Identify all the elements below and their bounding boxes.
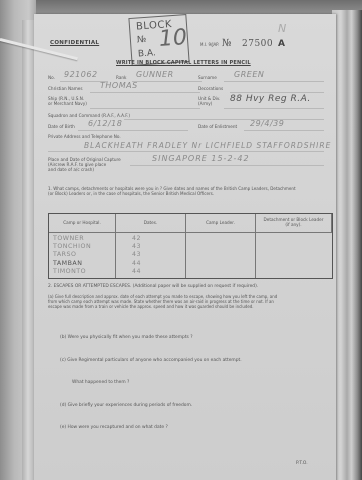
unit-value: 88 Hvy Reg R.A. bbox=[230, 94, 311, 104]
capture-value: SINGAPORE 15-2-42 bbox=[152, 154, 250, 163]
table-cell-date: 43 bbox=[132, 251, 181, 259]
private-address-label: Private Address and Telephone No. bbox=[48, 134, 121, 139]
table-header-camp-leader: Camp Leader. bbox=[186, 214, 256, 233]
camp-column: TOWNER TONCHION TARSO TAMBAN TIMONTO bbox=[49, 233, 116, 278]
serial-suffix: A bbox=[278, 39, 285, 49]
table-cell-camp: TONCHION bbox=[53, 243, 111, 251]
stamp-ba-text: B.A. bbox=[138, 48, 157, 59]
section2-c: (c) Give Regimental particulars of anyon… bbox=[60, 358, 242, 363]
section2-a-line3: escape was made from a train or vehicle … bbox=[48, 304, 254, 309]
serial-number: 27500 bbox=[242, 39, 273, 49]
block-stamp: BLOCK № B.A. 10 bbox=[128, 14, 189, 66]
stamp-block-number: 10 bbox=[158, 25, 188, 52]
table-cell-camp: TOWNER bbox=[53, 235, 111, 243]
date-of-birth-value: 6/12/18 bbox=[88, 119, 122, 128]
table-cell-date: 44 bbox=[132, 268, 181, 276]
stamp-no-text: № bbox=[137, 35, 147, 46]
number-value: 921062 bbox=[64, 70, 98, 79]
section2-title: 2. ESCAPES OR ATTEMPTED ESCAPES. (Additi… bbox=[48, 284, 258, 289]
section2-d: (d) Give briefly your experiences during… bbox=[60, 403, 192, 408]
surname-label: Surname bbox=[198, 75, 217, 80]
date-of-enlistment-value: 29/4/39 bbox=[250, 119, 284, 128]
private-address-value: BLACKHEATH FRADLEY Nr LICHFIELD STAFFORD… bbox=[84, 141, 331, 150]
number-label: No. bbox=[48, 75, 55, 80]
ship-label-line2: or Merchant Navy) bbox=[48, 101, 87, 106]
rank-label: Rank bbox=[116, 75, 126, 80]
classification-label: CONFIDENTIAL bbox=[50, 40, 99, 46]
block-leader-column bbox=[256, 233, 332, 278]
dates-column: 42 43 43 44 44 bbox=[116, 233, 186, 278]
section2-b: (b) Were you physically fit when you mad… bbox=[60, 335, 193, 340]
unit-label-line2: (Army) bbox=[198, 101, 212, 106]
mi-reference-label: M.I. 9/JAP. bbox=[200, 42, 219, 47]
christian-names-value: THOMAS bbox=[100, 81, 138, 90]
section2-c-sub: What happened to them ? bbox=[72, 380, 129, 385]
table-cell-camp: TIMONTO bbox=[53, 268, 111, 276]
table-cell-camp: TAMBAN bbox=[53, 260, 111, 268]
date-of-enlistment-label: Date of Enlistment bbox=[198, 124, 237, 129]
table-header-dates: Dates. bbox=[116, 214, 186, 233]
table-header-block-leader: Detachment or Block Leader (if any). bbox=[256, 214, 332, 233]
corner-pencil-mark: N bbox=[278, 22, 286, 35]
section1-question-line2: (or Block) Leaders or, in the case of ho… bbox=[48, 191, 214, 196]
table-cell-camp: TARSO bbox=[53, 251, 111, 259]
stacked-page-edges bbox=[332, 10, 362, 480]
please-turn-over: P.T.O. bbox=[296, 461, 308, 466]
decorations-label: Decorations bbox=[198, 86, 223, 91]
camps-table: Camp or Hospital. Dates. Camp Leader. De… bbox=[48, 213, 333, 279]
capture-label-line3: and date of a/c crash) bbox=[48, 167, 94, 172]
rank-value: GUNNER bbox=[136, 70, 174, 79]
number-symbol: № bbox=[222, 38, 231, 49]
squadron-label: Squadron and Command (R.A.F., A.A.F.) bbox=[48, 113, 130, 118]
table-cell-date: 44 bbox=[132, 260, 181, 268]
surname-value: GREEN bbox=[234, 70, 264, 79]
section2-e: (e) How were you recaptured and on what … bbox=[60, 425, 168, 430]
instruction-heading: WRITE IN BLOCK CAPITAL LETTERS IN PENCIL bbox=[116, 60, 251, 66]
christian-names-label: Christian Names bbox=[48, 86, 83, 91]
table-cell-date: 42 bbox=[132, 235, 181, 243]
pow-questionnaire-page: CONFIDENTIAL BLOCK № B.A. 10 N M.I. 9/JA… bbox=[34, 14, 336, 480]
table-header-camp: Camp or Hospital. bbox=[49, 214, 116, 233]
table-cell-date: 43 bbox=[132, 243, 181, 251]
date-of-birth-label: Date of Birth bbox=[48, 124, 75, 129]
camp-leader-column bbox=[186, 233, 256, 278]
